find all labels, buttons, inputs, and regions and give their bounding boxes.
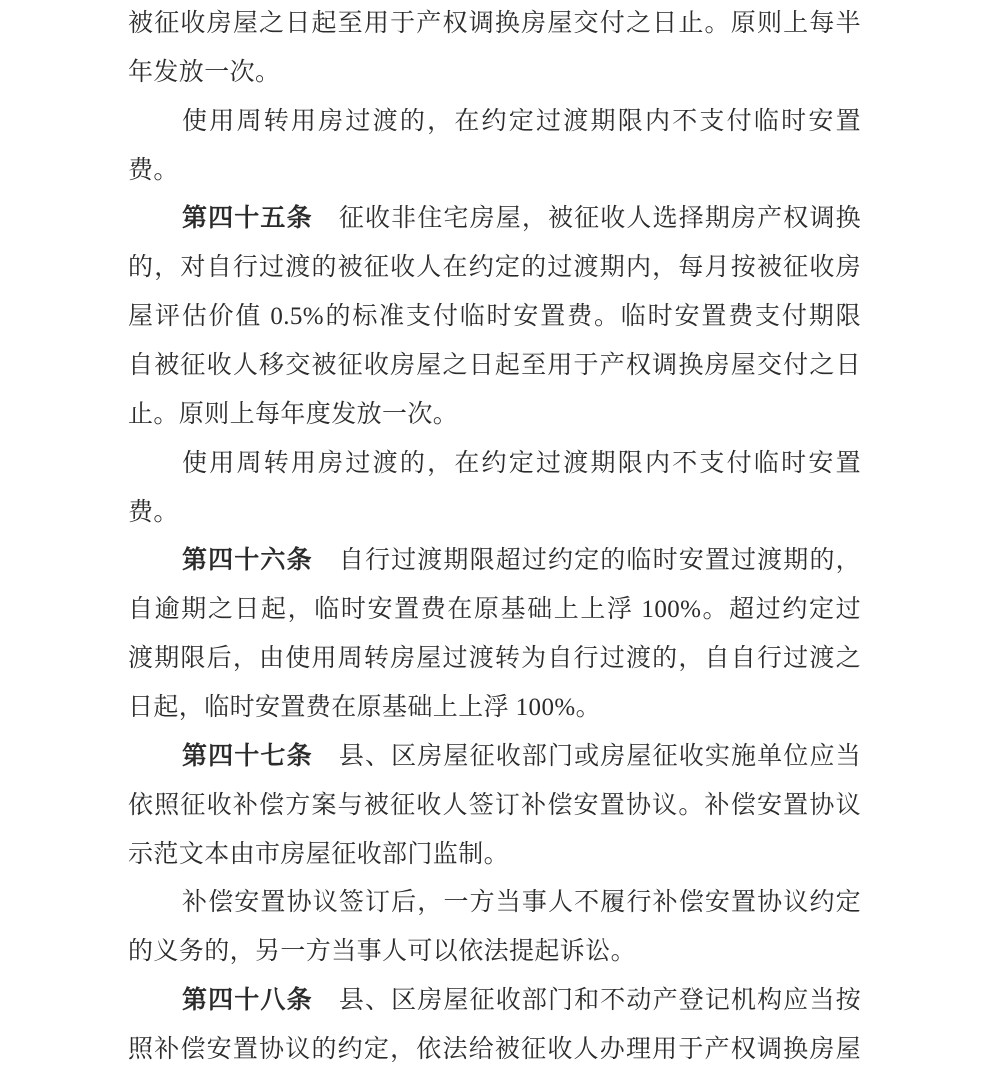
line-text: 县、区房屋征收部门或房屋征收实施单位应当 xyxy=(313,743,861,770)
line-text: 县、区房屋征收部门和不动产登记机构应当按 xyxy=(313,987,861,1014)
text-line: 屋评估价值 0.5%的标准支付临时安置费。临时安置费支付期限 xyxy=(128,293,861,342)
text-line: 的，对自行过渡的被征收人在约定的过渡期内，每月按被征收房 xyxy=(128,244,861,293)
text-line: 的义务的，另一方当事人可以依法提起诉讼。 xyxy=(128,928,861,977)
text-line: 使用周转用房过渡的，在约定过渡期限内不支付临时安置 xyxy=(128,98,861,147)
line-text: 费。 xyxy=(128,499,179,526)
line-text: 的，对自行过渡的被征收人在约定的过渡期内，每月按被征收房 xyxy=(128,254,861,281)
article-number: 第四十五条 xyxy=(182,205,313,232)
text-line: 自逾期之日起，临时安置费在原基础上上浮 100%。超过约定过 xyxy=(128,586,861,635)
line-text: 渡期限后，由使用周转房屋过渡转为自行过渡的，自自行过渡之 xyxy=(128,645,861,672)
document-page: 被征收房屋之日起至用于产权调换房屋交付之日止。原则上每半年发放一次。使用周转用房… xyxy=(128,0,861,1075)
text-line: 渡期限后，由使用周转房屋过渡转为自行过渡的，自自行过渡之 xyxy=(128,635,861,684)
line-text: 自逾期之日起，临时安置费在原基础上上浮 100%。超过约定过 xyxy=(128,596,861,623)
article-number: 第四十七条 xyxy=(182,743,313,770)
line-text: 补偿安置协议签订后，一方当事人不履行补偿安置协议约定 xyxy=(182,889,861,916)
line-text: 照补偿安置协议的约定，依法给被征收人办理用于产权调换房屋 xyxy=(128,1036,861,1063)
line-text: 年发放一次。 xyxy=(128,59,280,86)
article-number: 第四十六条 xyxy=(182,547,313,574)
text-line: 第四十五条 征收非住宅房屋，被征收人选择期房产权调换 xyxy=(128,195,861,244)
line-text: 止。原则上每年度发放一次。 xyxy=(128,401,458,428)
text-line: 照补偿安置协议的约定，依法给被征收人办理用于产权调换房屋 xyxy=(128,1026,861,1075)
line-text: 屋评估价值 0.5%的标准支付临时安置费。临时安置费支付期限 xyxy=(128,303,861,330)
text-line: 止。原则上每年度发放一次。 xyxy=(128,391,861,440)
line-text: 征收非住宅房屋，被征收人选择期房产权调换 xyxy=(313,205,861,232)
line-text: 使用周转用房过渡的，在约定过渡期限内不支付临时安置 xyxy=(182,450,861,477)
text-line: 日起，临时安置费在原基础上上浮 100%。 xyxy=(128,684,861,733)
line-text: 自被征收人移交被征收房屋之日起至用于产权调换房屋交付之日 xyxy=(128,352,861,379)
text-line: 被征收房屋之日起至用于产权调换房屋交付之日止。原则上每半 xyxy=(128,0,861,49)
line-text: 使用周转用房过渡的，在约定过渡期限内不支付临时安置 xyxy=(182,108,861,135)
line-text: 费。 xyxy=(128,157,179,184)
text-line: 使用周转用房过渡的，在约定过渡期限内不支付临时安置 xyxy=(128,440,861,489)
article-number: 第四十八条 xyxy=(182,987,313,1014)
text-line: 依照征收补偿方案与被征收人签订补偿安置协议。补偿安置协议 xyxy=(128,782,861,831)
text-line: 补偿安置协议签订后，一方当事人不履行补偿安置协议约定 xyxy=(128,879,861,928)
text-line: 示范文本由市房屋征收部门监制。 xyxy=(128,831,861,880)
line-text: 自行过渡期限超过约定的临时安置过渡期的， xyxy=(313,547,861,574)
line-text: 日起，临时安置费在原基础上上浮 100%。 xyxy=(128,694,601,721)
text-line: 费。 xyxy=(128,147,861,196)
line-text: 示范文本由市房屋征收部门监制。 xyxy=(128,841,509,868)
text-line: 第四十六条 自行过渡期限超过约定的临时安置过渡期的， xyxy=(128,537,861,586)
text-line: 第四十八条 县、区房屋征收部门和不动产登记机构应当按 xyxy=(128,977,861,1026)
text-line: 费。 xyxy=(128,489,861,538)
text-line: 年发放一次。 xyxy=(128,49,861,98)
line-text: 依照征收补偿方案与被征收人签订补偿安置协议。补偿安置协议 xyxy=(128,792,861,819)
line-text: 的义务的，另一方当事人可以依法提起诉讼。 xyxy=(128,938,636,965)
text-line: 自被征收人移交被征收房屋之日起至用于产权调换房屋交付之日 xyxy=(128,342,861,391)
text-line: 第四十七条 县、区房屋征收部门或房屋征收实施单位应当 xyxy=(128,733,861,782)
line-text: 被征收房屋之日起至用于产权调换房屋交付之日止。原则上每半 xyxy=(128,10,861,37)
